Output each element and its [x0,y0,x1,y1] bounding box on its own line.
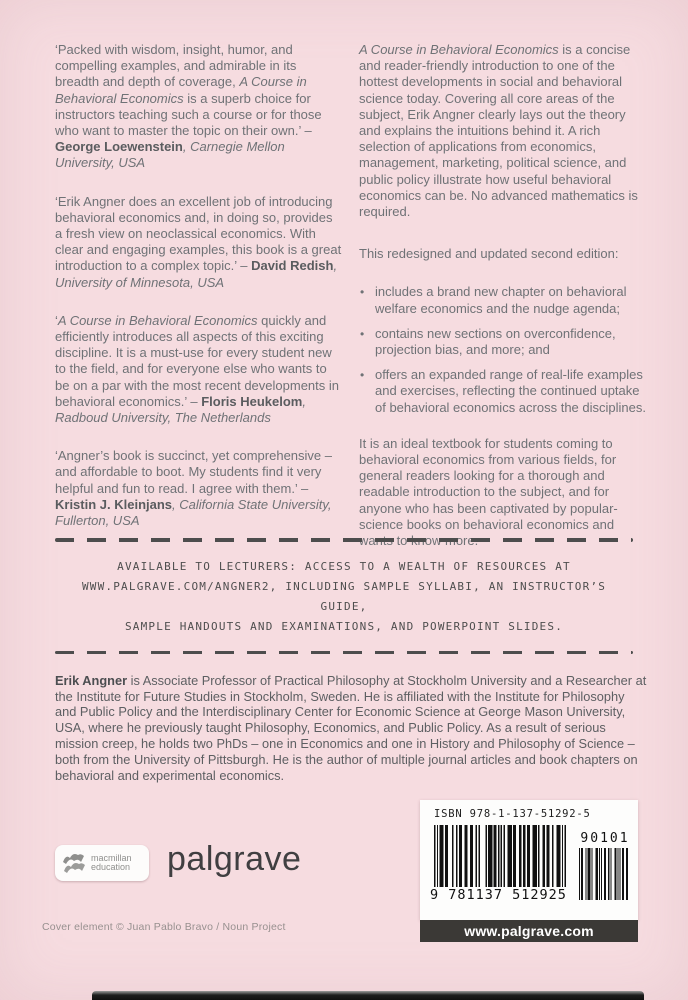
macmillan-logo-icon [61,850,87,876]
testimonials-column: ‘Packed with wisdom, insight, humor, and… [55,42,343,571]
testimonial-redish: ‘Erik Angner does an excellent job of in… [55,194,343,291]
attribution-dash: – [240,258,251,273]
barcode-panel: ISBN 978-1-137-51292-5 9 781137 512925 9… [420,800,638,920]
lecturer-note-line: WWW.PALGRAVE.COM/ANGNER2, INCLUDING SAMP… [55,577,633,617]
main-text-columns: ‘Packed with wisdom, insight, humor, and… [55,42,647,571]
bullet-text: offers an expanded range of real-life ex… [375,367,646,414]
education-word: education [91,863,132,873]
book-page-edge [92,991,644,1000]
reviewer-name: David Redish [251,258,333,273]
publisher-website-url: www.palgrave.com [464,923,594,939]
price-addon-barcode [578,848,628,900]
lecturer-note-line: AVAILABLE TO LECTURERS: ACCESS TO A WEAL… [55,557,633,577]
edition-heading: This redesigned and updated second editi… [359,246,647,262]
bullet-item: •offers an expanded range of real-life e… [359,367,647,416]
book-back-cover: ‘Packed with wisdom, insight, humor, and… [0,0,688,1000]
testimonial-loewenstein: ‘Packed with wisdom, insight, humor, and… [55,42,343,172]
author-bio-text: is Associate Professor of Practical Phil… [55,673,646,783]
addon-barcode-digits: 90101 [578,831,632,846]
testimonial-heukelom: ‘A Course in Behavioral Economics quickl… [55,313,343,426]
attribution-dash: – [190,394,201,409]
author-bio: Erik Angner is Associate Professor of Pr… [55,673,649,784]
isbn-label: ISBN 978-1-137-51292-5 [434,808,591,820]
description-intro: A Course in Behavioral Economics is a co… [359,42,647,220]
quote-text: ‘Angner’s book is succinct, yet comprehe… [55,448,332,495]
lecturer-note: AVAILABLE TO LECTURERS: ACCESS TO A WEAL… [55,542,633,651]
bullet-item: •includes a brand new chapter on behavio… [359,284,647,316]
lecturer-note-line: SAMPLE HANDOUTS AND EXAMINATIONS, AND PO… [55,617,633,637]
book-title-italic: A Course in Behavioral Economics [58,313,258,328]
description-closing: It is an ideal textbook for students com… [359,436,647,549]
bullet-dot-icon: • [360,326,364,342]
reviewer-name: Kristin J. Kleinjans [55,497,172,512]
palgrave-wordmark: palgrave [167,840,301,879]
book-title-italic: A Course in Behavioral Economics [359,42,559,57]
isbn-barcode [434,825,566,887]
cover-credit: Cover element © Juan Pablo Bravo / Noun … [42,921,286,933]
bullet-text: includes a brand new chapter on behavior… [375,284,627,315]
author-name: Erik Angner [55,673,127,688]
description-column: A Course in Behavioral Economics is a co… [359,42,647,571]
description-text: is a concise and reader-friendly introdu… [359,42,638,219]
publisher-website-strip: www.palgrave.com [420,920,638,942]
bullet-dot-icon: • [360,367,364,383]
testimonial-kleinjans: ‘Angner’s book is succinct, yet comprehe… [55,448,343,529]
macmillan-logo-text: macmillan education [91,854,132,873]
bullet-item: •contains new sections on overconfidence… [359,326,647,358]
edition-bullet-list: •includes a brand new chapter on behavio… [359,284,647,415]
attribution-dash: – [305,123,312,138]
isbn-barcode-digits: 9 781137 512925 [430,887,570,903]
lecturer-resources-section: AVAILABLE TO LECTURERS: ACCESS TO A WEAL… [55,538,633,654]
attribution-dash: – [301,481,308,496]
reviewer-name: Floris Heukelom [201,394,302,409]
dashed-divider-bottom [55,651,633,655]
bullet-dot-icon: • [360,284,364,300]
bullet-text: contains new sections on overconfidence,… [375,326,616,357]
reviewer-name: George Loewenstein [55,139,183,154]
macmillan-education-logo: macmillan education [55,845,149,881]
